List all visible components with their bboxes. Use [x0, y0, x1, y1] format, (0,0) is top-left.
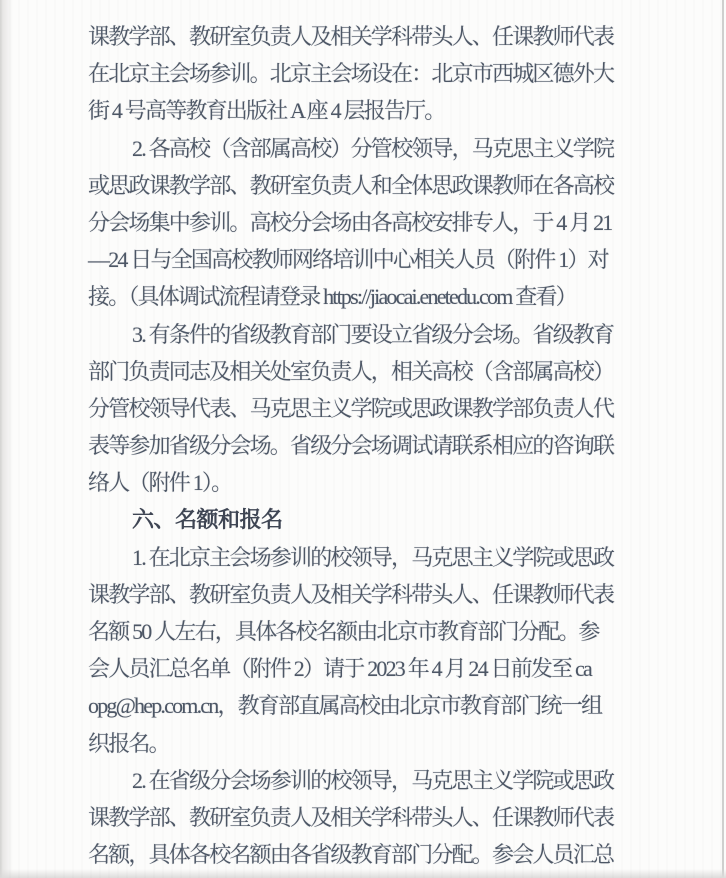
- text-line: 接。（具体调试流程请登录 https://jiaocai.enetedu.com…: [88, 278, 648, 315]
- text-line: 部门负责同志及相关处室负责人，相关高校（含部属高校）: [88, 353, 648, 390]
- text-line: opg@hep.com.cn，教育部直属高校由北京市教育部门统一组: [88, 687, 648, 724]
- text-line: 会人员汇总名单（附件 2）请于 2023 年 4 月 24 日前发至 ca: [88, 650, 648, 687]
- text-line: 名额，具体各校名额由各省级教育部门分配。参会人员汇总: [88, 836, 648, 873]
- text-line: 1. 在北京主会场参训的校领导，马克思主义学院或思政: [88, 539, 648, 576]
- text-line: 课教学部、教研室负责人及相关学科带头人、任课教师代表: [88, 799, 648, 836]
- text-line: 2. 各高校（含部属高校）分管校领导，马克思主义学院: [88, 130, 648, 167]
- text-line: 或思政课教学部、教研室负责人和全体思政课教师在各高校: [88, 167, 648, 204]
- document-body: 课教学部、教研室负责人及相关学科带头人、任课教师代表在北京主会场参训。北京主会场…: [88, 18, 648, 873]
- scan-shadow-left: [0, 0, 13, 878]
- text-line: 街 4 号高等教育出版社 A 座 4 层报告厅。: [88, 92, 648, 129]
- text-line: 络人（附件 1）。: [88, 464, 648, 501]
- text-line: 分管校领导代表、马克思主义学院或思政课教学部负责人代: [88, 390, 648, 427]
- text-line: 分会场集中参训。高校分会场由各高校安排专人，于 4 月 21: [88, 204, 648, 241]
- text-line: 织报名。: [88, 725, 648, 762]
- text-line: 课教学部、教研室负责人及相关学科带头人、任课教师代表: [88, 576, 648, 613]
- text-line: 课教学部、教研室负责人及相关学科带头人、任课教师代表: [88, 18, 648, 55]
- scanned-document-page: 课教学部、教研室负责人及相关学科带头人、任课教师代表在北京主会场参训。北京主会场…: [0, 0, 726, 878]
- scan-edge-line-right: [722, 0, 724, 878]
- text-line: 表等参加省级分会场。省级分会场调试请联系相应的咨询联: [88, 427, 648, 464]
- text-line: 名额 50 人左右，具体各校名额由北京市教育部门分配。参: [88, 613, 648, 650]
- section-heading: 六、名额和报名: [88, 501, 648, 538]
- text-line: 3. 有条件的省级教育部门要设立省级分会场。省级教育: [88, 316, 648, 353]
- text-line: 在北京主会场参训。北京主会场设在：北京市西城区德外大: [88, 55, 648, 92]
- text-line: 2. 在省级分会场参训的校领导，马克思主义学院或思政: [88, 762, 648, 799]
- text-line: —24 日与全国高校教师网络培训中心相关人员（附件 1）对: [88, 241, 648, 278]
